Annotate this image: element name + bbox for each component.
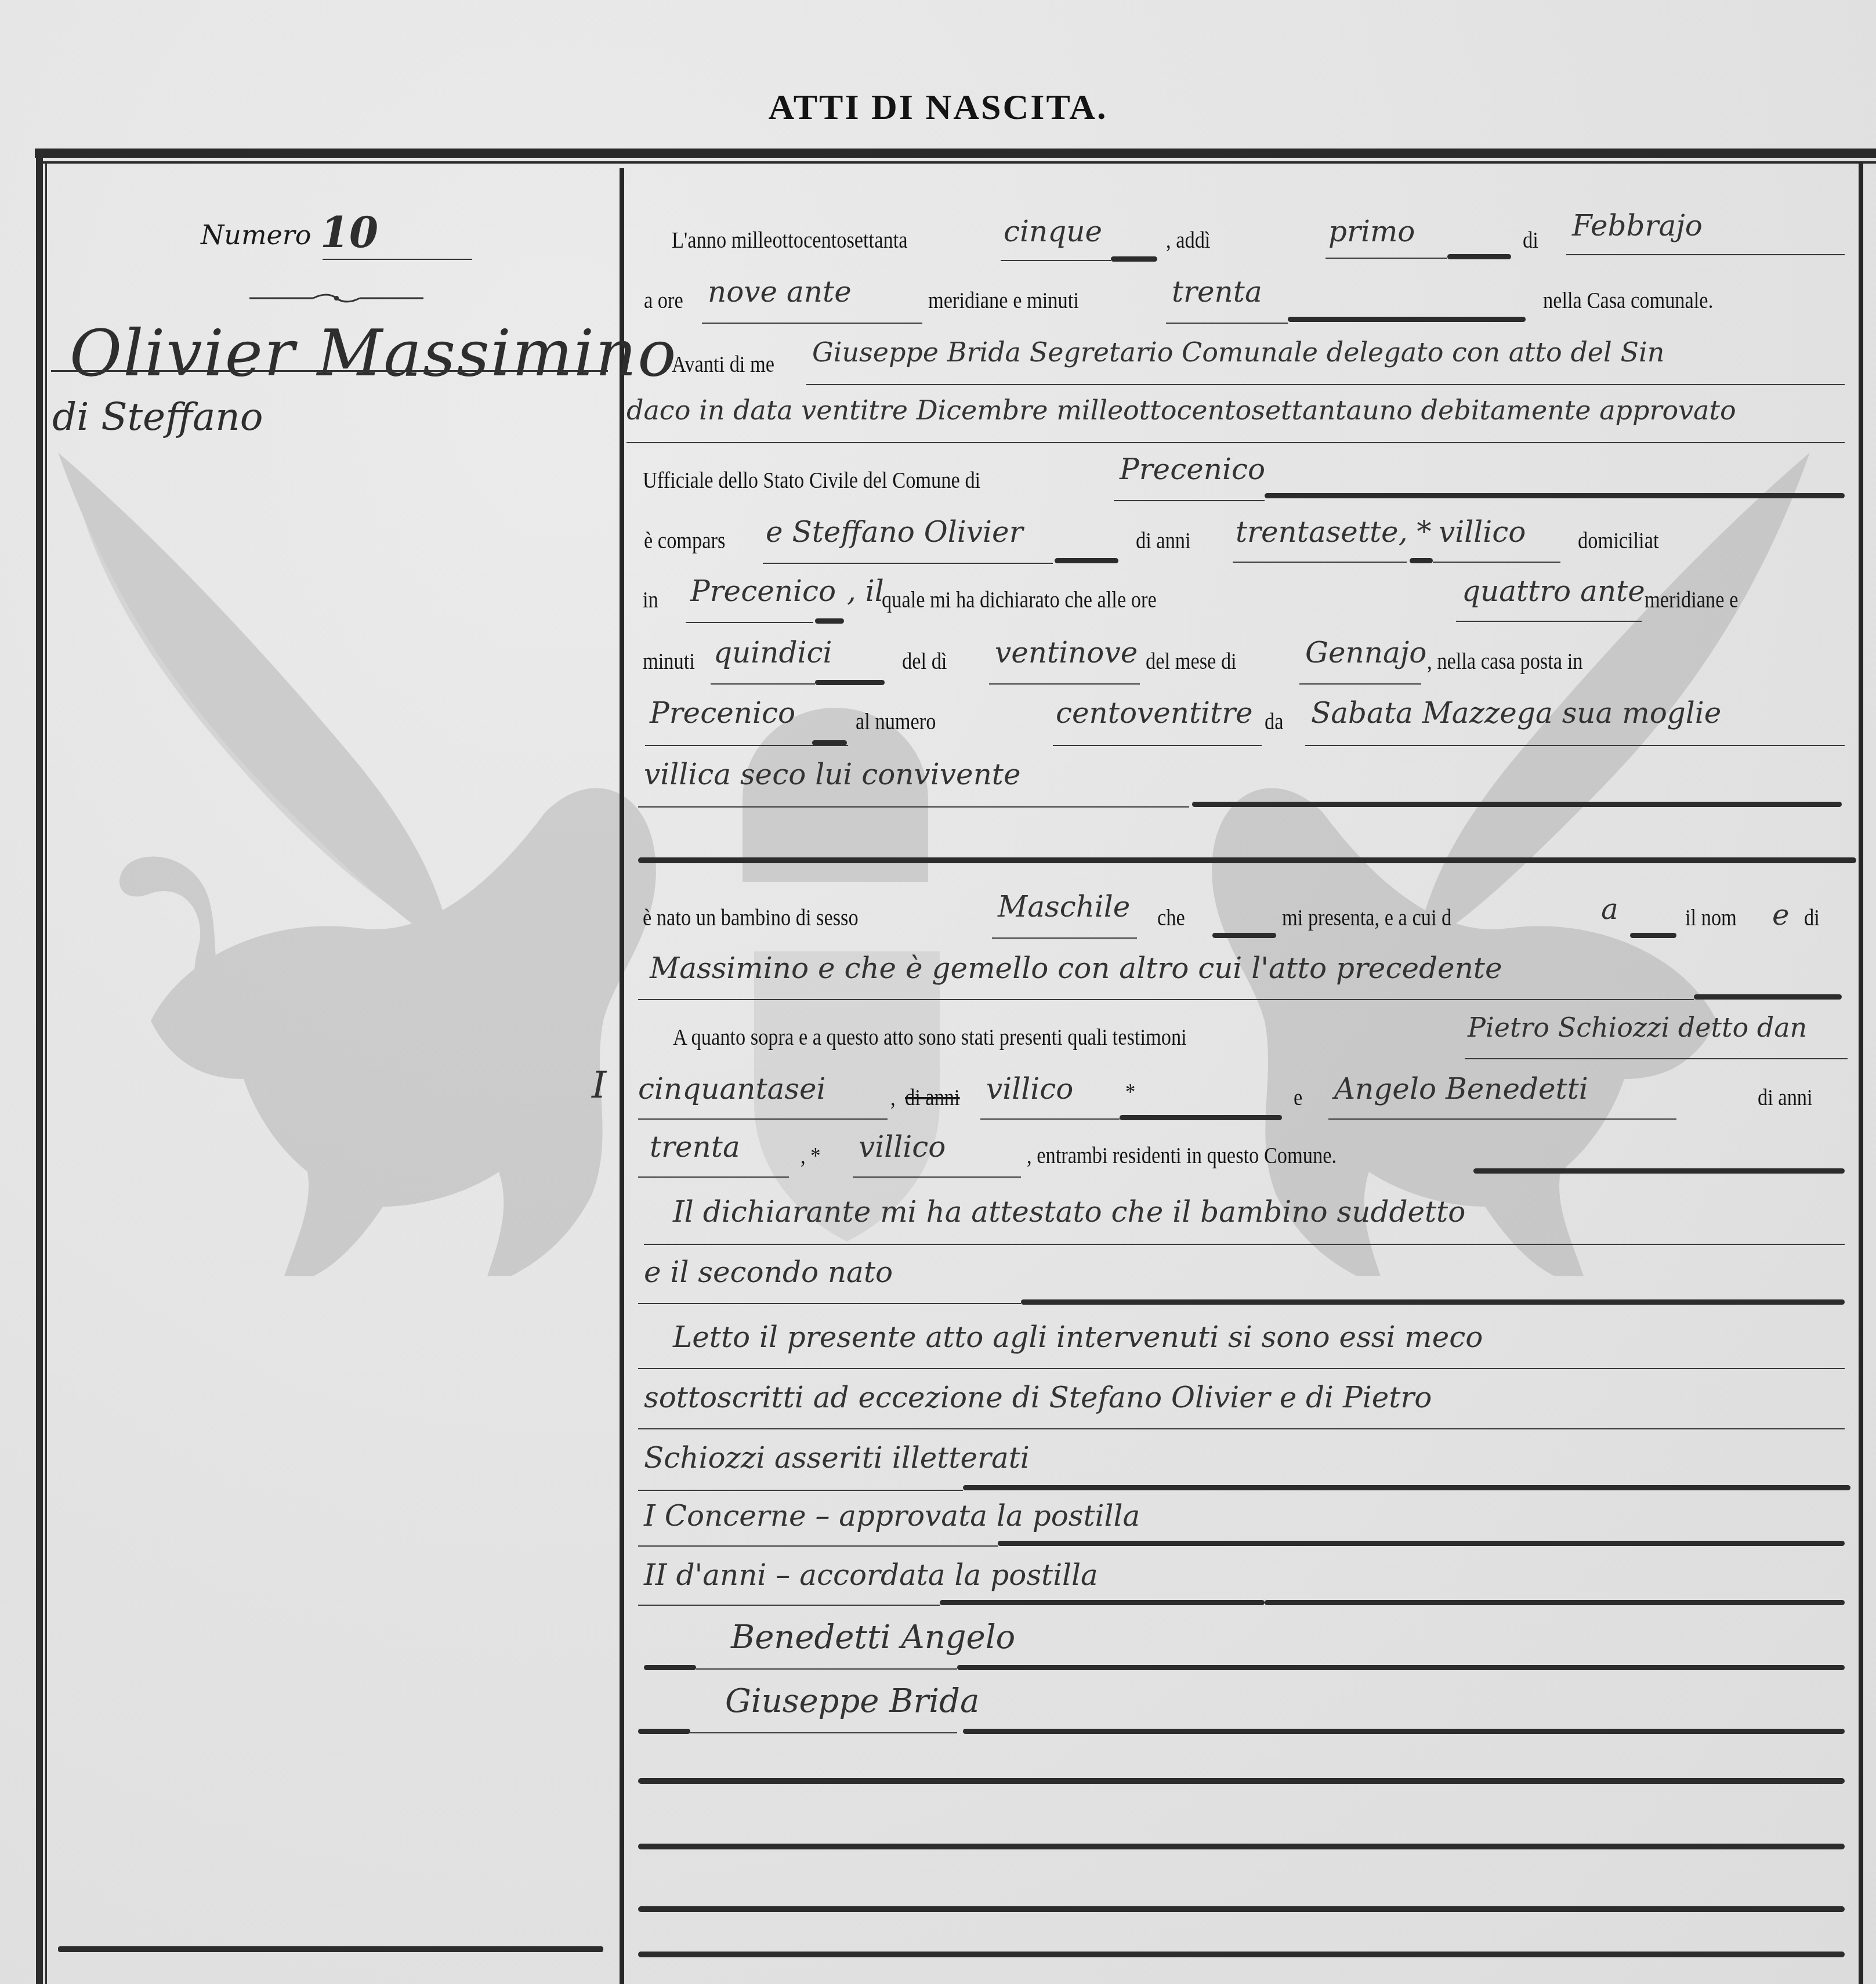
form-line-delegation: daco in data ventitre Dicembre milleotto… [638, 394, 1850, 447]
printed-text: meridiane e minuti [928, 287, 1079, 314]
printed-text: del mese di [1146, 647, 1237, 675]
form-line-domicile-hour: in Precenico , il quale mi ha dichiarato… [638, 574, 1850, 627]
printed-text: del dì [902, 647, 947, 675]
child-name-underline [51, 370, 608, 372]
field-delegation: daco in data ventitre Dicembre milleotto… [626, 394, 1736, 426]
printed-text: , entrambi residenti in questo Comune. [1027, 1142, 1337, 1169]
printed-text: è nato un bambino di sesso [643, 904, 859, 931]
field-witness-2: Angelo Benedetti [1334, 1072, 1588, 1106]
printed-text: nella Casa comunale. [1543, 287, 1713, 314]
printed-text: e [1294, 1084, 1302, 1111]
field-minutes: trenta [1172, 275, 1262, 309]
field-witness-1-age: cinquantasei [638, 1072, 826, 1106]
printed-text: che [1157, 904, 1185, 931]
field-place: Precenico [650, 696, 795, 730]
handwritten-note: Schiozzi asseriti illetterati [644, 1441, 1030, 1475]
field-sex: Maschile [998, 890, 1130, 924]
printed-text: al numero [856, 708, 936, 735]
form-line-note-3: Letto il presente atto agli intervenuti … [638, 1320, 1850, 1373]
printed-text: , nella casa posta in [1427, 647, 1582, 675]
signature-brida: Giuseppe Brida [725, 1682, 979, 1720]
printed-text: a ore [644, 287, 683, 314]
printed-text: domiciliat [1578, 527, 1658, 554]
printed-text: Ufficiale dello Stato Civile del Comune … [643, 466, 980, 494]
signature-benedetti: Benedetti Angelo [731, 1619, 1015, 1656]
field-child-name: Massimino e che è gemello con altro cui … [650, 951, 1502, 985]
numero-value: 10 [320, 208, 378, 257]
field-month: Febbrajo [1572, 209, 1703, 242]
postilla-note-2: II d'anni – accordata la postilla [644, 1558, 1098, 1592]
printed-text: di anni [1136, 527, 1191, 554]
form-line-witnesses: A quanto sopra e a questo atto sono stat… [638, 1012, 1850, 1064]
frame-top-thin-rule [38, 161, 1876, 164]
page-title: ATTI DI NASCITA. [0, 87, 1876, 128]
field-declarant-name: e Steffano Olivier [766, 515, 1023, 549]
printed-text: minuti [643, 647, 695, 675]
form-line-witness-2-details: trenta , * villico , entrambi residenti … [638, 1130, 1850, 1182]
asterisk: * [1125, 1078, 1135, 1105]
signature-line-officer: Giuseppe Brida [638, 1688, 1850, 1740]
form-line-note-2: e il secondo nato [638, 1255, 1850, 1308]
form-line-note-4: sottoscritti ad eccezione di Stefano Oli… [638, 1381, 1850, 1433]
field-officer: Giuseppe Brida Segretario Comunale deleg… [812, 336, 1664, 368]
form-line-note-5: Schiozzi asseriti illetterati [638, 1441, 1850, 1493]
field-witness-2-age: trenta [650, 1130, 740, 1164]
printed-text: , addì [1166, 226, 1210, 254]
struck-printed-text: di anni [905, 1084, 960, 1111]
child-full-name: Olivier Massimino [70, 316, 677, 390]
field-declarant-profession: villico [1439, 515, 1526, 549]
field-year: cinque [1004, 215, 1102, 248]
form-line-address-mother: Precenico al numero centoventitre da Sab… [638, 696, 1850, 748]
handwritten-note: Il dichiarante mi ha attestato che il ba… [673, 1195, 1465, 1229]
form-line-note-1: Il dichiarante mi ha attestato che il ba… [638, 1195, 1850, 1247]
blank-rule [638, 1778, 1845, 1784]
field-comune: Precenico [1120, 452, 1265, 486]
numero-label: Numero [201, 219, 311, 251]
register-page: ATTI DI NASCITA. Numero 10 Olivier Massi… [0, 0, 1876, 1984]
column-divider [620, 168, 624, 1984]
printed-text: mi presenta, e a cui d [1282, 904, 1451, 931]
form-line-postilla-1: I Concerne – approvata la postilla [638, 1499, 1850, 1551]
left-column-bottom-rule [58, 1946, 603, 1952]
field-article-d: a [1601, 892, 1618, 926]
blank-rule [638, 1952, 1845, 1957]
form-line-child-name: Massimino e che è gemello con altro cui … [638, 951, 1850, 1004]
field-birth-day: ventinove [995, 636, 1138, 669]
form-line-comune: Ufficiale dello Stato Civile del Comune … [638, 455, 1850, 507]
margin-note-I: I [592, 1064, 606, 1107]
field-birth-month: Gennajo [1305, 636, 1426, 669]
form-line-postilla-2: II d'anni – accordata la postilla [638, 1558, 1850, 1610]
ornament-flourish-icon [249, 292, 423, 304]
numero-underline [323, 259, 472, 260]
field-article: , il [847, 574, 884, 608]
frame-top-rule [35, 149, 1876, 158]
field-witness-1: Pietro Schiozzi detto dan [1468, 1012, 1807, 1043]
field-mother: Sabata Mazzega sua moglie [1311, 696, 1721, 730]
form-line-year-date: L'anno milleottocentosettanta cinque , a… [638, 215, 1850, 267]
printed-text: in [643, 586, 658, 613]
field-hour: nove ante [708, 275, 852, 309]
frame-right-rule [1859, 164, 1863, 1984]
printed-text: il nom [1685, 904, 1737, 931]
field-birth-minutes: quindici [714, 636, 832, 669]
form-line-mother-cont: villica seco lui convivente [638, 758, 1850, 810]
printed-text: quale mi ha dichiarato che alle ore [882, 586, 1157, 613]
printed-text: di anni [1758, 1084, 1813, 1111]
field-domicile: Precenico [690, 574, 836, 608]
printed-text: meridiane e [1645, 586, 1738, 613]
printed-text: , [890, 1084, 896, 1111]
form-line-declarant: è compars e Steffano Olivier di anni tre… [638, 515, 1850, 567]
form-line-hour: a ore nove ante meridiane e minuti trent… [638, 275, 1850, 327]
field-article-e: e [1772, 898, 1790, 932]
section-rule [638, 857, 1856, 863]
field-witness-1-profession: villico [986, 1072, 1073, 1106]
printed-text: Avanti di me [672, 350, 774, 378]
frame-left-thin-rule [45, 162, 47, 1984]
form-line-officer: Avanti di me Giuseppe Brida Segretario C… [638, 336, 1850, 389]
printed-text: di [1523, 226, 1538, 254]
postilla-note-1: I Concerne – approvata la postilla [644, 1499, 1140, 1533]
printed-text: di [1804, 904, 1820, 931]
field-house-number: centoventitre [1056, 696, 1253, 730]
printed-text: L'anno milleottocentosettanta [672, 226, 907, 254]
handwritten-note: e il secondo nato [644, 1255, 893, 1289]
blank-rule [638, 1844, 1845, 1849]
field-witness-2-profession: villico [859, 1130, 946, 1164]
printed-text: A quanto sopra e a questo atto sono stat… [673, 1023, 1187, 1051]
form-line-sex-name: è nato un bambino di sesso Maschile che … [638, 892, 1850, 944]
field-birth-hour: quattro ante [1462, 574, 1645, 608]
father-name: di Steffano [52, 394, 263, 439]
field-declarant-age: trentasette, * [1236, 515, 1432, 549]
frame-left-rule [36, 150, 43, 1984]
form-line-birth-date: minuti quindici del dì ventinove del mes… [638, 636, 1850, 688]
signature-line-witness: Benedetti Angelo [638, 1624, 1850, 1677]
printed-text: è compars [644, 527, 725, 554]
handwritten-note: sottoscritti ad eccezione di Stefano Oli… [644, 1381, 1432, 1414]
field-day: primo [1328, 215, 1415, 248]
blank-rule [638, 1906, 1845, 1912]
form-line-witness-details: I cinquantasei , di anni villico * e Ang… [638, 1072, 1850, 1124]
field-mother-cont: villica seco lui convivente [644, 758, 1021, 791]
handwritten-note: Letto il presente atto agli intervenuti … [673, 1320, 1483, 1354]
printed-text: da [1265, 708, 1283, 735]
printed-text: , * [801, 1142, 820, 1169]
